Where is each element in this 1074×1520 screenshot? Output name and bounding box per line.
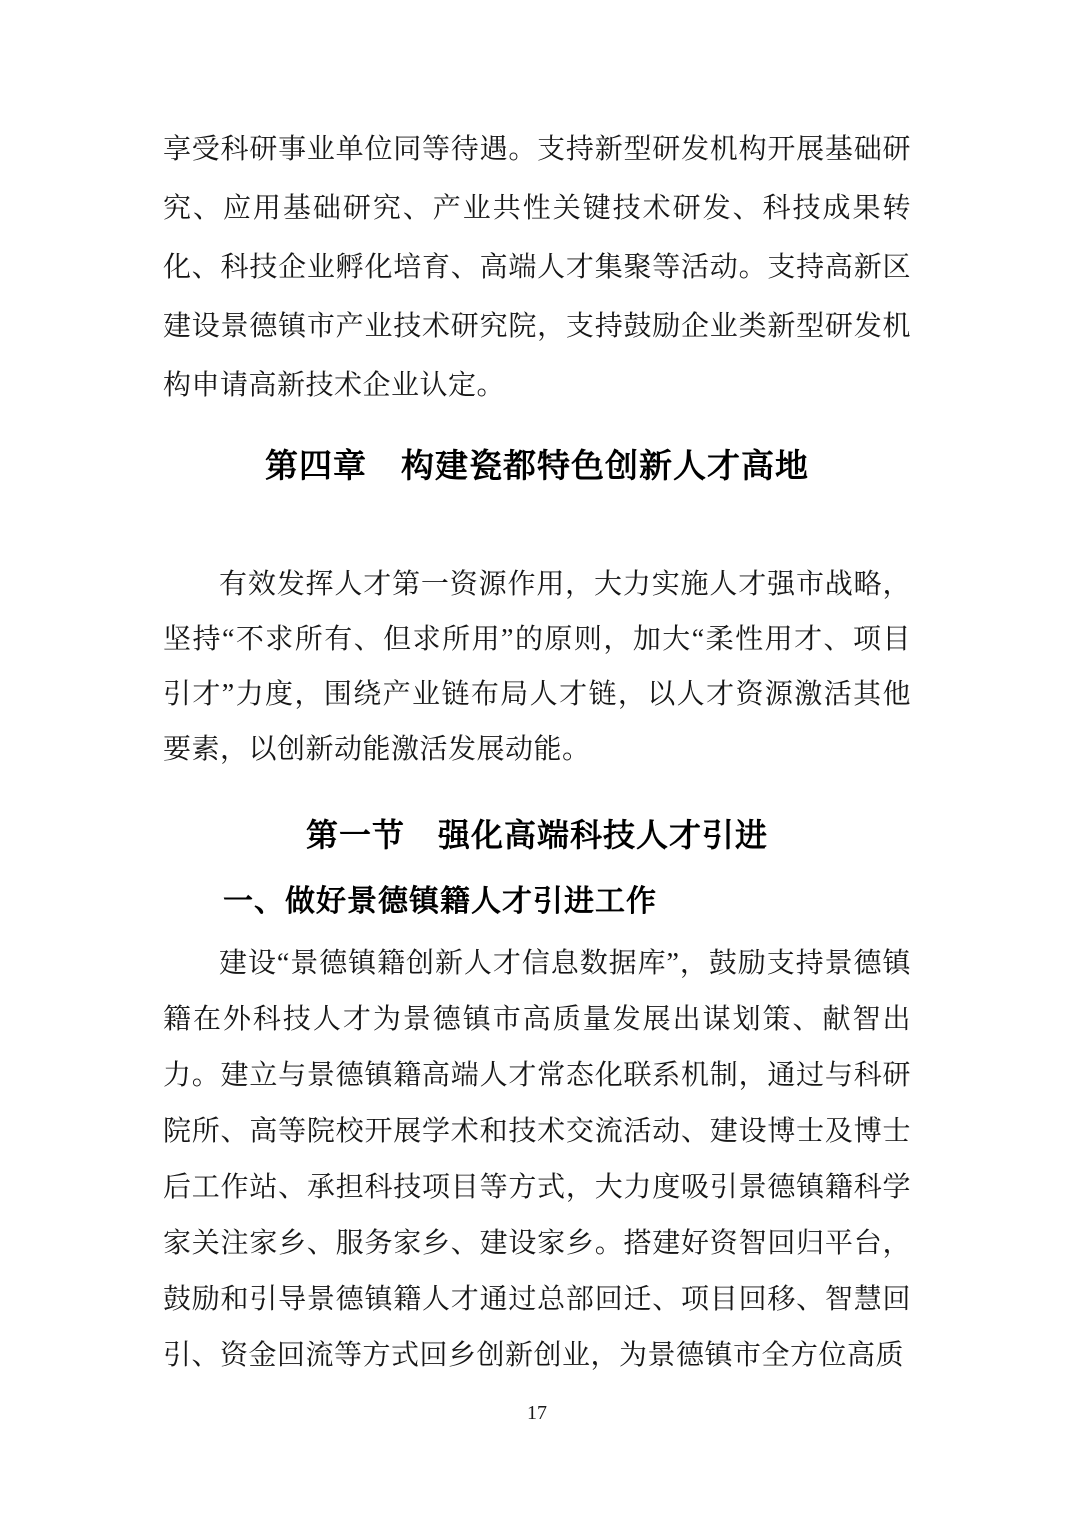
section-heading: 第一节 强化高端科技人才引进 — [163, 815, 911, 855]
item-body-paragraph: 建设“景德镇籍创新人才信息数据库”，鼓励支持景德镇籍在外科技人才为景德镇市高质量… — [163, 936, 911, 1384]
paragraph-continuation: 享受科研事业单位同等待遇。支持新型研发机构开展基础研究、应用基础研究、产业共性关… — [163, 120, 911, 415]
chapter-intro-paragraph: 有效发挥人才第一资源作用，大力实施人才强市战略，坚持“不求所有、但求所用”的原则… — [163, 557, 911, 777]
document-page: 享受科研事业单位同等待遇。支持新型研发机构开展基础研究、应用基础研究、产业共性关… — [0, 0, 1074, 1520]
page-number: 17 — [0, 1402, 1074, 1425]
item-heading: 一、做好景德镇籍人才引进工作 — [163, 882, 911, 922]
chapter-heading: 第四章 构建瓷都特色创新人才高地 — [163, 445, 911, 487]
page-content: 享受科研事业单位同等待遇。支持新型研发机构开展基础研究、应用基础研究、产业共性关… — [0, 120, 1074, 1384]
